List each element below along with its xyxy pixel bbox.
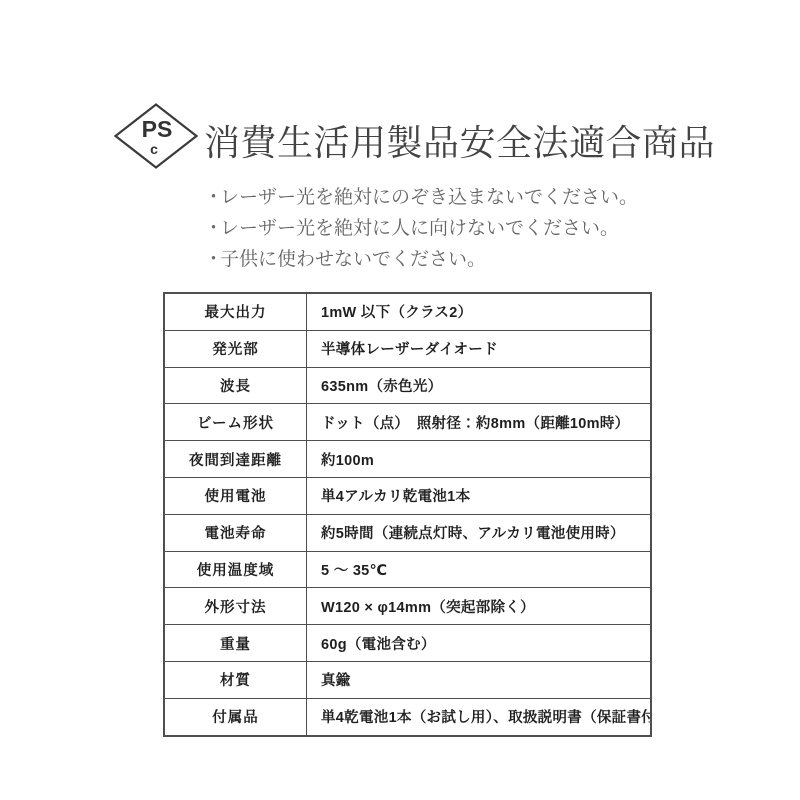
spec-label: 波長: [164, 367, 307, 404]
table-row: 重量 60g（電池含む）: [164, 625, 651, 662]
table-row: 付属品 単4乾電池1本（お試し用）、取扱説明書（保証書付）: [164, 698, 651, 735]
spec-label: 材質: [164, 661, 307, 698]
table-row: 外形寸法 W120 × φ14mm（突起部除く）: [164, 588, 651, 625]
spec-value: 5 ～ 35℃: [307, 551, 652, 588]
spec-label: 夜間到達距離: [164, 441, 307, 478]
table-row: 使用電池 単4アルカリ乾電池1本: [164, 477, 651, 514]
table-row: 使用温度域 5 ～ 35℃: [164, 551, 651, 588]
table-row: 夜間到達距離 約100m: [164, 441, 651, 478]
spec-label: 使用電池: [164, 477, 307, 514]
spec-value: ドット（点） 照射径：約8mm（距離10m時）: [307, 404, 652, 441]
spec-label: ビーム形状: [164, 404, 307, 441]
spec-label: 電池寿命: [164, 514, 307, 551]
warning-item: ・レーザー光を絶対に人に向けないでください。: [204, 213, 638, 244]
spec-value: 単4アルカリ乾電池1本: [307, 477, 652, 514]
spec-table: 最大出力 1mW 以下（クラス2） 発光部 半導体レーザーダイオード 波長 63…: [163, 292, 652, 737]
spec-value: 635nm（赤色光）: [307, 367, 652, 404]
table-row: 材質 真鍮: [164, 661, 651, 698]
bullet-icon: ・: [204, 213, 220, 244]
psc-mark-icon: PS c: [114, 103, 198, 169]
table-row: 波長 635nm（赤色光）: [164, 367, 651, 404]
spec-value: 1mW 以下（クラス2）: [307, 293, 652, 330]
psc-mark-c-text: c: [150, 141, 158, 157]
spec-value: 真鍮: [307, 661, 652, 698]
product-spec-sheet: { "header": { "psc_mark": { "top_text": …: [0, 0, 800, 800]
spec-label: 外形寸法: [164, 588, 307, 625]
spec-label: 付属品: [164, 698, 307, 735]
warning-item: ・レーザー光を絶対にのぞき込まないでください。: [204, 182, 638, 213]
table-row: ビーム形状 ドット（点） 照射径：約8mm（距離10m時）: [164, 404, 651, 441]
bullet-icon: ・: [204, 244, 220, 275]
warning-item: ・子供に使わせないでください。: [204, 244, 638, 275]
page-title: 消費生活用製品安全法適合商品: [204, 115, 715, 166]
spec-label: 使用温度域: [164, 551, 307, 588]
table-row: 発光部 半導体レーザーダイオード: [164, 330, 651, 367]
spec-label: 発光部: [164, 330, 307, 367]
spec-value: 60g（電池含む）: [307, 625, 652, 662]
spec-value: 約5時間（連続点灯時、アルカリ電池使用時）: [307, 514, 652, 551]
spec-value: 約100m: [307, 441, 652, 478]
spec-label: 重量: [164, 625, 307, 662]
spec-value: 単4乾電池1本（お試し用）、取扱説明書（保証書付）: [307, 698, 652, 735]
spec-value: 半導体レーザーダイオード: [307, 330, 652, 367]
warning-text: 子供に使わせないでください。: [220, 249, 486, 270]
table-row: 最大出力 1mW 以下（クラス2）: [164, 293, 651, 330]
table-row: 電池寿命 約5時間（連続点灯時、アルカリ電池使用時）: [164, 514, 651, 551]
spec-value: W120 × φ14mm（突起部除く）: [307, 588, 652, 625]
warning-list: ・レーザー光を絶対にのぞき込まないでください。 ・レーザー光を絶対に人に向けない…: [204, 182, 638, 275]
warning-text: レーザー光を絶対に人に向けないでください。: [220, 218, 619, 239]
header: PS c 消費生活用製品安全法適合商品: [0, 100, 800, 172]
spec-label: 最大出力: [164, 293, 307, 330]
warning-text: レーザー光を絶対にのぞき込まないでください。: [220, 187, 638, 208]
bullet-icon: ・: [204, 182, 220, 213]
psc-mark-ps-text: PS: [142, 116, 173, 142]
